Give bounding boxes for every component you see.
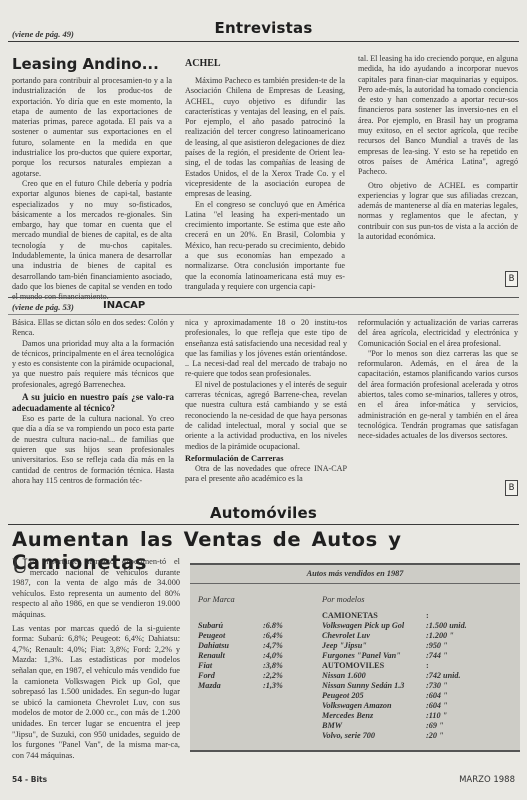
paragraph: nica y aproximadamente 18 o 20 institu-t… (185, 318, 347, 380)
table-row: Fiat:3,8% (198, 661, 313, 671)
paragraph: Otro objetivo de ACHEL es compartir expe… (358, 181, 518, 243)
paragraph: Máximo Pacheco es también presiden-te de… (185, 76, 345, 200)
paragraph: Damos una prioridad muy alta a la formac… (12, 339, 174, 390)
table-row: Nissan Sunny Sedán 1.3:730 " (322, 681, 512, 691)
table-row: Chevrolet Luv:1.200 " (322, 631, 512, 641)
automoviles-header: Automóviles (8, 500, 519, 525)
column-header-modelos: Por modelos (322, 595, 365, 604)
end-of-article-mark: B (505, 480, 518, 496)
inacap-column-3: reformulación y actualización de varias … (358, 318, 518, 442)
inacap-column-1: Básica. Ellas se dictan sólo en dos sede… (12, 318, 174, 486)
paragraph: Otra de las novedades que ofrece INA-CAP… (185, 464, 347, 485)
table-row: Dahiatsu:4,7% (198, 641, 313, 651)
table-group-row: CAMIONETAS: (322, 611, 512, 621)
subheading-reformulacion: Reformulación de Carreras (185, 454, 347, 464)
article-headline-leasing: Leasing Andino... (12, 55, 159, 73)
column-header-marca: Por Marca (198, 595, 235, 604)
paragraph: "Por lo menos son diez carreras las que … (358, 349, 518, 442)
paragraph: Básica. Ellas se dictan sólo en dos sede… (12, 318, 174, 339)
page-number: 54 - Bits (12, 775, 47, 784)
drop-cap: U (12, 557, 28, 575)
leasing-column-2: Máximo Pacheco es también presiden-te de… (185, 76, 345, 292)
subheading-inacap: INACAP (103, 300, 145, 311)
table-row: BMW:69 " (322, 721, 512, 731)
leasing-column-1: portando para contribuir al procesamien-… (12, 76, 172, 303)
table-group-row: AUTOMOVILES: (322, 661, 512, 671)
section-title-automoviles: Automóviles (8, 504, 519, 522)
best-sellers-table: Autos más vendidos en 1987 Por Marca Por… (190, 563, 520, 752)
paragraph: Eso es parte de la cultura nacional. Yo … (12, 414, 174, 486)
interview-question: A su juicio en nuestro país ¿se valo-ra … (12, 392, 174, 413)
table-row: Jeep "Jipsu":950 " (322, 641, 512, 651)
table-row: Mercedes Benz:110 " (322, 711, 512, 721)
table-row: Subarú:6.8% (198, 621, 313, 631)
paragraph: reformulación y actualización de varias … (358, 318, 518, 349)
divider (8, 297, 519, 298)
table-row: Volkswagen Pick up Gol:1.500 unid. (322, 621, 512, 631)
table-row: Ford:2,2% (198, 671, 313, 681)
divider (8, 314, 519, 315)
entrevistas-header: (viene de pág. 49) Entrevistas (8, 14, 519, 42)
paragraph: Las ventas por marcas quedó de la si-gui… (12, 624, 180, 762)
issue-date: MARZO 1988 (459, 775, 515, 785)
table-row: Peugeot:6,4% (198, 631, 313, 641)
table-row: Volkswagen Amazon:604 " (322, 701, 512, 711)
table-row: Peugeot 205:604 " (322, 691, 512, 701)
leasing-column-3: tal. El leasing ha ido creciendo porque,… (358, 54, 518, 242)
table-row: Nissan 1.600:742 unid. (322, 671, 512, 681)
paragraph: tal. El leasing ha ido creciendo porque,… (358, 54, 518, 178)
table-row: Mazda:1,3% (198, 681, 313, 691)
autos-body-column: Un importante aumento experimen-tó el me… (12, 557, 180, 761)
end-of-article-mark: B (505, 271, 518, 287)
divider (190, 583, 520, 584)
table-title: Autos más vendidos en 1987 (190, 569, 520, 578)
table-row: Furgones "Panel Van":744 " (322, 651, 512, 661)
paragraph: Creo que en el futuro Chile debería y po… (12, 179, 172, 303)
magazine-page: (viene de pág. 49) Entrevistas Leasing A… (0, 0, 527, 800)
table-row: Renault:4,0% (198, 651, 313, 661)
paragraph: En el congreso se concluyó que en Améric… (185, 200, 345, 293)
section-title-entrevistas: Entrevistas (8, 19, 519, 37)
paragraph: portando para contribuir al procesamien-… (12, 76, 172, 179)
lead-paragraph: Un importante aumento experimen-tó el me… (12, 557, 180, 621)
paragraph: El nivel de postulaciones y el interés d… (185, 380, 347, 452)
viene-de-pagina: (viene de pág. 53) (12, 302, 74, 312)
inacap-column-2: nica y aproximadamente 18 o 20 institu-t… (185, 318, 347, 485)
subheading-achel: ACHEL (185, 58, 221, 69)
table-row: Volvo, serie 700:20 " (322, 731, 512, 741)
